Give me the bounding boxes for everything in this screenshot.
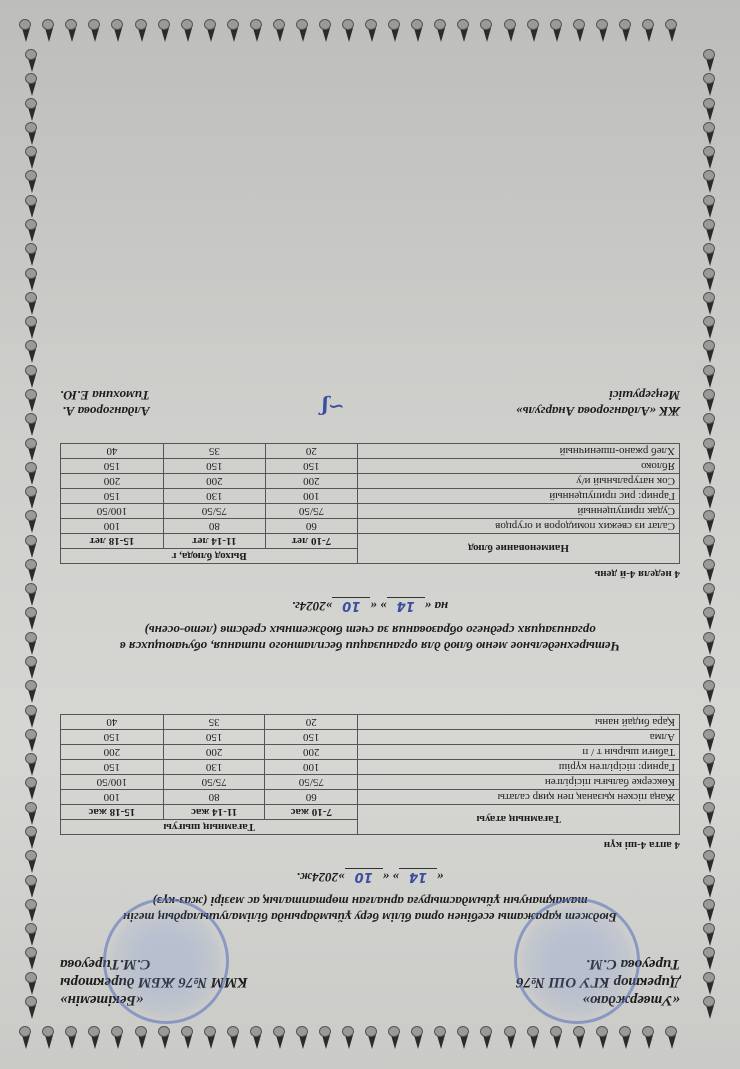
pen-nib-icon [26, 99, 38, 121]
pen-nib-icon [26, 851, 38, 873]
column-header-dish: Тағамның атауы [358, 805, 680, 835]
pen-nib-icon [26, 997, 38, 1019]
pen-nib-icon [66, 1027, 78, 1049]
approval-block-russian: «Утверждаю» Директор КГУ ОШ №76 Тиреуова… [401, 955, 680, 1009]
pen-nib-icon [704, 827, 716, 849]
title-line: Четырехнедельное меню блюд для организац… [60, 638, 680, 654]
pen-nib-icon [26, 948, 38, 970]
pen-nib-icon [704, 269, 716, 291]
dish-name: Алма [358, 730, 680, 745]
pen-nib-icon [505, 1027, 517, 1049]
date-text: « [437, 870, 444, 885]
pen-nib-icon [26, 74, 38, 96]
pen-nib-icon [43, 1027, 55, 1049]
pen-nib-icon [26, 147, 38, 169]
dish-name: Табиғи шырын т / п [358, 745, 680, 760]
pen-nib-icon [320, 20, 332, 42]
pen-nib-icon [26, 657, 38, 679]
table-row: Табиғи шырын т / п200200200 [61, 745, 680, 760]
yield-value: 150 [61, 489, 164, 504]
table-row: Жаңа піскен қызанақ пен қияр салаты60801… [61, 790, 680, 805]
yield-value: 150 [61, 730, 164, 745]
signer-name: Тимохина Е.Ю. [60, 387, 150, 403]
pen-nib-icon [113, 1027, 125, 1049]
pen-nib-icon [458, 1027, 470, 1049]
pen-nib-icon [482, 1027, 494, 1049]
yield-value: 200 [265, 745, 358, 760]
yield-value: 60 [265, 519, 357, 534]
pen-nib-icon [704, 924, 716, 946]
pen-nib-icon [704, 220, 716, 242]
pen-nib-icon [274, 20, 286, 42]
table-row: Сок натуральный и/у200200200 [61, 474, 680, 489]
pen-nib-icon [182, 1027, 194, 1049]
pen-nib-icon [704, 317, 716, 339]
yield-value: 100 [61, 519, 164, 534]
handwritten-month: 10 [332, 597, 370, 613]
pen-nib-icon [89, 20, 101, 42]
pen-nib-icon [704, 997, 716, 1019]
pen-nib-icon [704, 99, 716, 121]
pen-nib-icon [597, 1027, 609, 1049]
pen-nib-icon [26, 317, 38, 339]
pen-nib-icon [704, 778, 716, 800]
yield-value: 75/50 [265, 775, 358, 790]
pen-nib-icon [228, 20, 240, 42]
pen-nib-icon [704, 196, 716, 218]
pen-nib-icon [704, 754, 716, 776]
pen-nib-icon [704, 609, 716, 631]
yield-value: 40 [61, 715, 164, 730]
yield-value: 100/50 [61, 775, 164, 790]
pen-nib-icon [26, 681, 38, 703]
dish-name: Гарнир: рис припущенный [358, 489, 680, 504]
column-header-yield: Тағамның шығуы [61, 820, 358, 835]
rotated-document-page: «Утверждаю» Директор КГУ ОШ №76 Тиреуова… [0, 0, 740, 1069]
pen-nib-icon [26, 196, 38, 218]
pen-nib-icon [26, 220, 38, 242]
pen-nib-icon [26, 414, 38, 436]
pen-nib-icon [412, 1027, 424, 1049]
pen-nib-icon [26, 924, 38, 946]
russian-week-label: 4 неделя 4-й день [60, 568, 680, 580]
pen-nib-icon [704, 123, 716, 145]
pen-nib-icon [159, 1027, 171, 1049]
pen-nib-icon [159, 20, 171, 42]
yield-value: 100 [265, 489, 357, 504]
pen-nib-icon [482, 20, 494, 42]
table-row: Көксерке балығы пісірілген75/5075/50100/… [61, 775, 680, 790]
yield-value: 20 [265, 444, 357, 459]
pen-nib-icon [597, 20, 609, 42]
pen-nib-icon [704, 74, 716, 96]
supplier-name: ЖК «Алдангорова Анаргуль» [516, 403, 680, 419]
pen-nib-icon [366, 20, 378, 42]
pen-nib-icon [620, 1027, 632, 1049]
approval-header: «Утверждаю» Директор КГУ ОШ №76 Тиреуова… [60, 955, 680, 1009]
yield-value: 200 [265, 474, 357, 489]
pen-nib-icon [26, 560, 38, 582]
pen-nib-icon [551, 20, 563, 42]
yield-value: 75/50 [163, 504, 265, 519]
yield-value: 100 [265, 760, 358, 775]
pen-nib-icon [26, 730, 38, 752]
yield-value: 75/50 [265, 504, 357, 519]
pen-nib-icon [26, 50, 38, 72]
pen-nib-icon [26, 463, 38, 485]
table-row: Гарнир: пісірілген күріш100130150 [61, 760, 680, 775]
pen-nib-icon [43, 20, 55, 42]
pen-nib-icon [666, 1027, 678, 1049]
date-text: » « [383, 870, 399, 885]
pen-nib-icon [26, 633, 38, 655]
date-text: »2024ж. [296, 870, 344, 885]
pen-nib-icon [643, 1027, 655, 1049]
pen-nib-icon [26, 171, 38, 193]
pen-nib-icon [205, 20, 217, 42]
dish-name: Гарнир: пісірілген күріш [358, 760, 680, 775]
pen-nib-icon [458, 20, 470, 42]
pen-nib-icon [26, 390, 38, 412]
pen-nib-icon [704, 293, 716, 315]
pen-nib-icon [704, 560, 716, 582]
pen-nib-icon [26, 123, 38, 145]
pen-nib-icon [113, 20, 125, 42]
dish-name: Қара бидай наны [358, 715, 680, 730]
pen-nib-icon [704, 973, 716, 995]
yield-value: 20 [265, 715, 358, 730]
pen-nib-icon [26, 827, 38, 849]
pen-nib-icon [704, 50, 716, 72]
pen-border-top [20, 1027, 678, 1049]
yield-value: 80 [163, 519, 265, 534]
russian-menu-table: Наименование блюд Выход блюда, г 7-10 ле… [60, 443, 680, 564]
table-row: Судак припущенный75/5075/50100/50 [61, 504, 680, 519]
pen-nib-icon [704, 948, 716, 970]
pen-nib-icon [704, 511, 716, 533]
pen-nib-icon [704, 171, 716, 193]
table-row: Қара бидай наны203540 [61, 715, 680, 730]
dish-name: Сок натуральный и/у [358, 474, 680, 489]
date-text: на « [425, 599, 448, 614]
column-header-age: 11-14 лет [163, 534, 265, 549]
dish-name: Жаңа піскен қызанақ пен қияр салаты [358, 790, 680, 805]
pen-nib-icon [551, 1027, 563, 1049]
pen-nib-icon [26, 341, 38, 363]
pen-nib-icon [704, 341, 716, 363]
pen-nib-icon [26, 269, 38, 291]
date-text: » « [370, 599, 386, 614]
yield-value: 150 [163, 730, 265, 745]
kazakh-date: «14» «10»2024ж. [60, 869, 680, 885]
pen-nib-icon [136, 20, 148, 42]
pen-nib-icon [666, 20, 678, 42]
column-header-age: 7-10 лет [265, 534, 357, 549]
pen-nib-icon [704, 244, 716, 266]
yield-value: 75/50 [163, 775, 265, 790]
yield-value: 60 [265, 790, 358, 805]
pen-nib-icon [704, 390, 716, 412]
pen-nib-icon [205, 1027, 217, 1049]
pen-nib-icon [251, 20, 263, 42]
signer-name: Алдангорова А. [60, 403, 150, 419]
pen-nib-icon [297, 1027, 309, 1049]
pen-nib-icon [20, 1027, 32, 1049]
pen-nib-icon [26, 366, 38, 388]
pen-nib-icon [343, 1027, 355, 1049]
pen-nib-icon [26, 536, 38, 558]
dish-name: Хлеб ржано-пшеничный [358, 444, 680, 459]
pen-nib-icon [643, 20, 655, 42]
pen-nib-icon [251, 1027, 263, 1049]
signature-footer: ЖК «Алдангорова Анаргуль» Меңгерушісі ∽ʃ… [60, 387, 680, 419]
pen-nib-icon [26, 803, 38, 825]
pen-nib-icon [528, 20, 540, 42]
pen-nib-icon [89, 1027, 101, 1049]
pen-nib-icon [26, 609, 38, 631]
table-row: Хлеб ржано-пшеничный203540 [61, 444, 680, 459]
pen-nib-icon [26, 876, 38, 898]
pen-nib-icon [704, 803, 716, 825]
pen-border-left [704, 50, 716, 1019]
dish-name: Яблоко [358, 459, 680, 474]
pen-nib-icon [528, 1027, 540, 1049]
pen-nib-icon [704, 439, 716, 461]
pen-nib-icon [435, 1027, 447, 1049]
kazakh-menu-table: Тағамның атауы Тағамның шығуы 7-10 жас11… [60, 714, 680, 835]
pen-nib-icon [136, 1027, 148, 1049]
yield-value: 40 [61, 444, 164, 459]
table-row: Алма150150150 [61, 730, 680, 745]
pen-nib-icon [574, 1027, 586, 1049]
pen-nib-icon [26, 584, 38, 606]
yield-value: 200 [163, 745, 265, 760]
pen-nib-icon [505, 20, 517, 42]
dish-name: Салат из свежих помидоров и огурцов [358, 519, 680, 534]
pen-nib-icon [389, 1027, 401, 1049]
yield-value: 80 [163, 790, 265, 805]
table-row: Гарнир: рис припущенный100130150 [61, 489, 680, 504]
handwritten-day: 14 [399, 868, 437, 884]
dish-name: Судак припущенный [358, 504, 680, 519]
pen-nib-icon [26, 293, 38, 315]
pen-nib-icon [704, 414, 716, 436]
handwritten-month: 10 [345, 868, 383, 884]
date-text: »2024г. [292, 599, 332, 614]
yield-value: 200 [163, 474, 265, 489]
pen-nib-icon [704, 876, 716, 898]
russian-date: на «14» «10»2024г. [60, 598, 680, 614]
column-header-age: 11-14 жас [163, 805, 265, 820]
pen-border-right [26, 50, 38, 1019]
handwritten-day: 14 [387, 597, 425, 613]
pen-nib-icon [26, 487, 38, 509]
stamp-icon [103, 898, 229, 1024]
yield-value: 35 [163, 444, 265, 459]
pen-nib-icon [620, 20, 632, 42]
table-row: Салат из свежих помидоров и огурцов60801… [61, 519, 680, 534]
supplier-block: ЖК «Алдангорова Анаргуль» Меңгерушісі [516, 387, 680, 419]
dish-name: Көксерке балығы пісірілген [358, 775, 680, 790]
pen-nib-icon [412, 20, 424, 42]
column-header-age: 15-18 жас [61, 805, 164, 820]
russian-title: Четырехнедельное меню блюд для организац… [60, 622, 680, 654]
pen-nib-icon [389, 20, 401, 42]
yield-value: 200 [61, 474, 164, 489]
pen-nib-icon [297, 20, 309, 42]
pen-nib-icon [704, 366, 716, 388]
yield-value: 100 [61, 790, 164, 805]
table-row: Яблоко150150150 [61, 459, 680, 474]
pen-nib-icon [574, 20, 586, 42]
yield-value: 100/50 [61, 504, 164, 519]
pen-nib-icon [366, 1027, 378, 1049]
pen-nib-icon [704, 681, 716, 703]
pen-nib-icon [704, 900, 716, 922]
pen-nib-icon [704, 706, 716, 728]
kazakh-week-label: 4 апта 4-ші күн [60, 839, 680, 851]
pen-nib-icon [20, 20, 32, 42]
pen-nib-icon [704, 851, 716, 873]
yield-value: 35 [163, 715, 265, 730]
yield-value: 150 [265, 730, 358, 745]
pen-nib-icon [704, 463, 716, 485]
document-content: «Утверждаю» Директор КГУ ОШ №76 Тиреуова… [60, 387, 680, 1009]
pen-nib-icon [26, 754, 38, 776]
yield-value: 150 [163, 459, 265, 474]
pen-nib-icon [704, 633, 716, 655]
pen-nib-icon [704, 730, 716, 752]
column-header-age: 7-10 жас [265, 805, 358, 820]
approval-block-kazakh: «Бекітемін» КММ №76 ЖБМ директоры С.М.Ти… [60, 955, 339, 1009]
stamp-icon [514, 898, 640, 1024]
pen-nib-icon [343, 20, 355, 42]
pen-nib-icon [704, 147, 716, 169]
pen-nib-icon [26, 973, 38, 995]
pen-nib-icon [704, 584, 716, 606]
pen-nib-icon [66, 20, 78, 42]
pen-nib-icon [704, 536, 716, 558]
yield-value: 150 [61, 459, 164, 474]
pen-nib-icon [228, 1027, 240, 1049]
yield-value: 200 [61, 745, 164, 760]
yield-value: 130 [163, 489, 265, 504]
pen-nib-icon [435, 20, 447, 42]
pen-nib-icon [182, 20, 194, 42]
yield-value: 150 [61, 760, 164, 775]
pen-nib-icon [274, 1027, 286, 1049]
pen-nib-icon [26, 511, 38, 533]
pen-nib-icon [26, 706, 38, 728]
column-header-dish: Наименование блюд [358, 534, 680, 564]
pen-nib-icon [26, 244, 38, 266]
yield-value: 150 [265, 459, 357, 474]
pen-nib-icon [26, 778, 38, 800]
signature-mark: ∽ʃ [321, 387, 344, 419]
title-line: организациях среднего образования за сче… [60, 622, 680, 638]
yield-value: 130 [163, 760, 265, 775]
pen-nib-icon [320, 1027, 332, 1049]
column-header-age: 15-18 лет [61, 534, 164, 549]
column-header-yield: Выход блюда, г [61, 549, 358, 564]
pen-nib-icon [26, 900, 38, 922]
pen-border-bottom [20, 20, 678, 42]
signers-block: Алдангорова А. Тимохина Е.Ю. [60, 387, 150, 419]
pen-nib-icon [704, 487, 716, 509]
pen-nib-icon [26, 439, 38, 461]
supplier-role: Меңгерушісі [516, 387, 680, 403]
pen-nib-icon [704, 657, 716, 679]
